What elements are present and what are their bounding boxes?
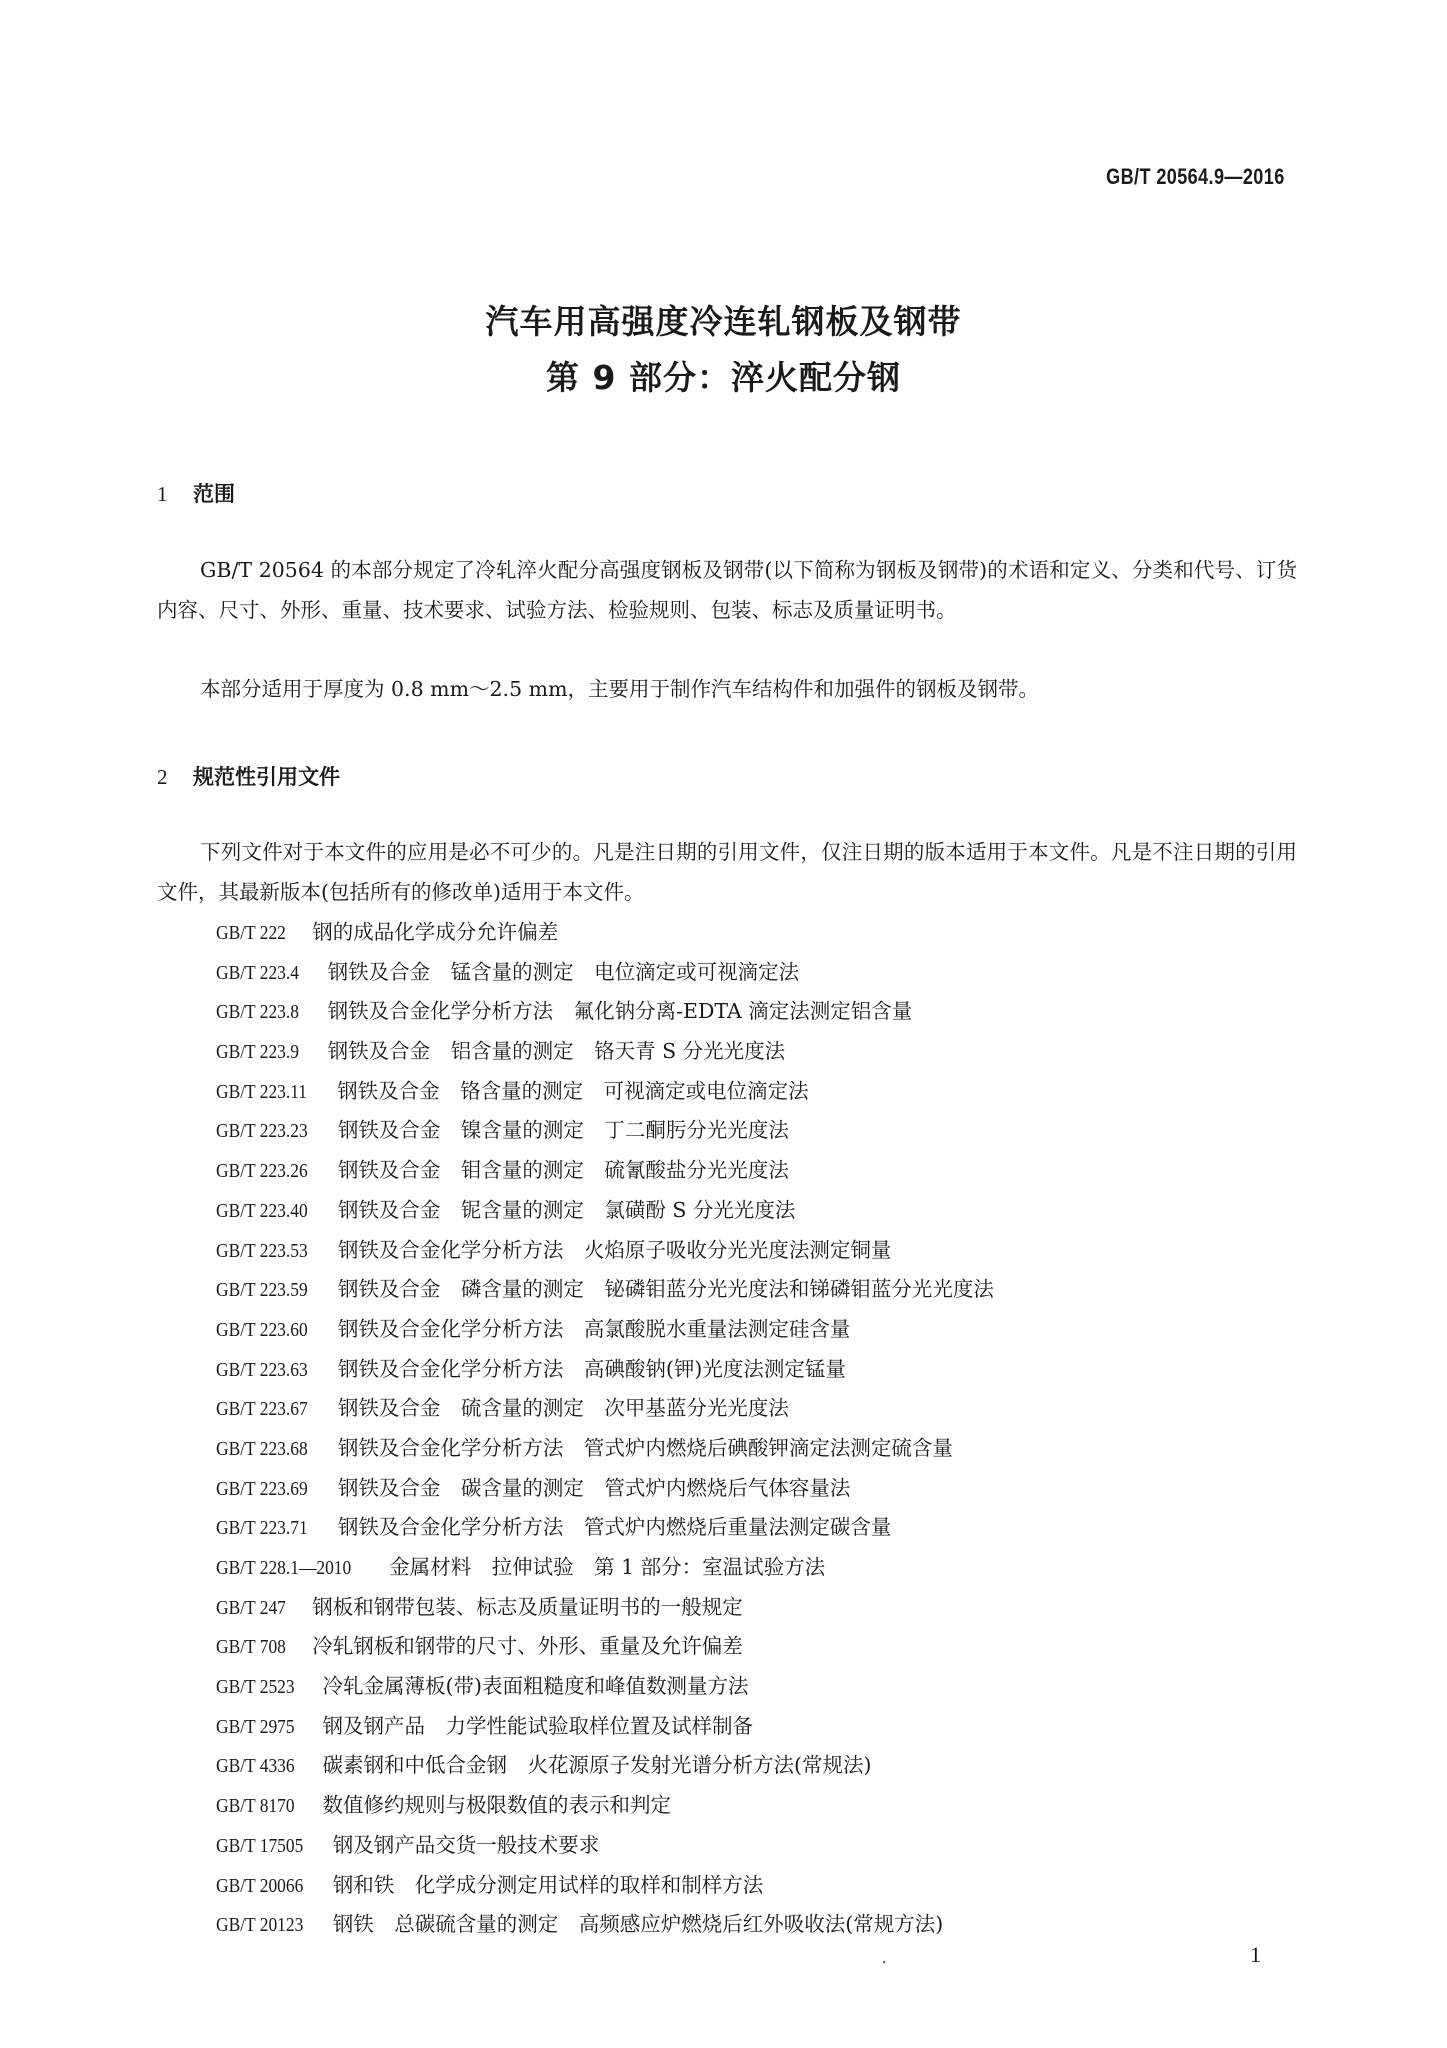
reference-title: 钢及钢产品交货一般技术要求: [333, 1833, 600, 1857]
reference-title: 钢铁及合金化学分析方法 高碘酸钠(钾)光度法测定锰量: [338, 1357, 846, 1381]
reference-item: GB/T 223.4钢铁及合金 锰含量的测定 电位滴定或可视滴定法: [216, 953, 994, 993]
reference-title: 冷轧金属薄板(带)表面粗糙度和峰值数测量方法: [322, 1674, 748, 1698]
section-title: 规范性引用文件: [193, 765, 340, 789]
reference-code: GB/T 223.68: [216, 1430, 308, 1470]
reference-item: GB/T 223.71钢铁及合金化学分析方法 管式炉内燃烧后重量法测定碳含量: [216, 1508, 994, 1548]
section-heading-normative-references: 2规范性引用文件: [157, 761, 340, 791]
reference-item: GB/T 223.8钢铁及合金化学分析方法 氟化钠分离-EDTA 滴定法测定铝含…: [216, 992, 994, 1032]
reference-item: GB/T 228.1—2010金属材料 拉伸试验 第 1 部分：室温试验方法: [216, 1548, 994, 1588]
reference-code: GB/T 223.67: [216, 1390, 308, 1430]
reference-title: 钢铁及合金 锰含量的测定 电位滴定或可视滴定法: [328, 960, 800, 984]
reference-title: 钢板和钢带包装、标志及质量证明书的一般规定: [312, 1595, 743, 1619]
reference-title: 钢铁及合金化学分析方法 高氯酸脱水重量法测定硅含量: [338, 1317, 851, 1341]
reference-title: 钢铁及合金 铌含量的测定 氯磺酚 S 分光光度法: [338, 1198, 796, 1222]
reference-code: GB/T 223.53: [216, 1232, 308, 1272]
reference-item: GB/T 17505钢及钢产品交货一般技术要求: [216, 1826, 994, 1866]
reference-title: 钢铁及合金化学分析方法 管式炉内燃烧后碘酸钾滴定法测定硫含量: [338, 1436, 953, 1460]
reference-list: GB/T 222钢的成品化学成分允许偏差GB/T 223.4钢铁及合金 锰含量的…: [216, 913, 994, 1945]
reference-code: GB/T 223.40: [216, 1192, 308, 1232]
document-page: GB/T 20564.9—2016 汽车用高强度冷连轧钢板及钢带 第 9 部分：…: [0, 0, 1447, 2048]
reference-code: GB/T 8170: [216, 1787, 295, 1827]
reference-title: 钢及钢产品 力学性能试验取样位置及试样制备: [322, 1714, 753, 1738]
paragraph-references-intro: 下列文件对于本文件的应用是必不可少的。凡是注日期的引用文件，仅注日期的版本适用于…: [157, 833, 1297, 912]
reference-title: 钢铁及合金化学分析方法 火焰原子吸收分光光度法测定铜量: [338, 1238, 892, 1262]
reference-item: GB/T 20123钢铁 总碳硫含量的测定 高频感应炉燃烧后红外吸收法(常规方法…: [216, 1905, 994, 1945]
reference-code: GB/T 223.23: [216, 1112, 308, 1152]
reference-code: GB/T 247: [216, 1589, 286, 1629]
reference-code: GB/T 223.11: [216, 1073, 307, 1113]
reference-item: GB/T 223.60钢铁及合金化学分析方法 高氯酸脱水重量法测定硅含量: [216, 1310, 994, 1350]
reference-item: GB/T 223.23钢铁及合金 镍含量的测定 丁二酮肟分光光度法: [216, 1111, 994, 1151]
reference-code: GB/T 223.69: [216, 1470, 308, 1510]
reference-item: GB/T 2975钢及钢产品 力学性能试验取样位置及试样制备: [216, 1707, 994, 1747]
reference-title: 钢的成品化学成分允许偏差: [312, 920, 558, 944]
page-number: 1: [1250, 1942, 1261, 1968]
section-number: 2: [157, 765, 193, 790]
footer-dot: ·: [882, 1955, 886, 1971]
reference-item: GB/T 2523冷轧金属薄板(带)表面粗糙度和峰值数测量方法: [216, 1667, 994, 1707]
reference-code: GB/T 2523: [216, 1668, 295, 1708]
reference-title: 钢铁及合金 碳含量的测定 管式炉内燃烧后气体容量法: [338, 1476, 851, 1500]
reference-title: 金属材料 拉伸试验 第 1 部分：室温试验方法: [389, 1555, 825, 1579]
reference-code: GB/T 17505: [216, 1827, 303, 1867]
reference-item: GB/T 247钢板和钢带包装、标志及质量证明书的一般规定: [216, 1588, 994, 1628]
reference-title: 钢铁及合金 磷含量的测定 铋磷钼蓝分光光度法和锑磷钼蓝分光光度法: [338, 1277, 994, 1301]
reference-code: GB/T 708: [216, 1628, 286, 1668]
reference-item: GB/T 223.40钢铁及合金 铌含量的测定 氯磺酚 S 分光光度法: [216, 1191, 994, 1231]
reference-title: 钢铁及合金 硫含量的测定 次甲基蓝分光光度法: [338, 1396, 789, 1420]
reference-code: GB/T 223.63: [216, 1351, 308, 1391]
reference-item: GB/T 708冷轧钢板和钢带的尺寸、外形、重量及允许偏差: [216, 1627, 994, 1667]
reference-code: GB/T 223.71: [216, 1509, 308, 1549]
reference-code: GB/T 228.1—2010: [216, 1549, 351, 1589]
reference-item: GB/T 223.9钢铁及合金 铝含量的测定 铬天青 S 分光光度法: [216, 1032, 994, 1072]
document-title: 汽车用高强度冷连轧钢板及钢带: [0, 296, 1447, 343]
reference-title: 钢铁 总碳硫含量的测定 高频感应炉燃烧后红外吸收法(常规方法): [333, 1912, 944, 1936]
reference-code: GB/T 20123: [216, 1906, 303, 1946]
document-subtitle: 第 9 部分：淬火配分钢: [0, 352, 1447, 399]
reference-code: GB/T 223.4: [216, 954, 299, 994]
reference-title: 冷轧钢板和钢带的尺寸、外形、重量及允许偏差: [312, 1634, 743, 1658]
reference-title: 钢铁及合金化学分析方法 氟化钠分离-EDTA 滴定法测定铝含量: [328, 999, 913, 1023]
reference-code: GB/T 223.9: [216, 1033, 299, 1073]
standard-code: GB/T 20564.9—2016: [1107, 164, 1285, 190]
reference-item: GB/T 223.68钢铁及合金化学分析方法 管式炉内燃烧后碘酸钾滴定法测定硫含…: [216, 1429, 994, 1469]
reference-code: GB/T 223.8: [216, 993, 299, 1033]
reference-code: GB/T 223.59: [216, 1271, 308, 1311]
reference-code: GB/T 2975: [216, 1708, 295, 1748]
reference-title: 钢铁及合金 钼含量的测定 硫氰酸盐分光光度法: [338, 1158, 789, 1182]
reference-item: GB/T 20066钢和铁 化学成分测定用试样的取样和制样方法: [216, 1866, 994, 1906]
reference-title: 钢和铁 化学成分测定用试样的取样和制样方法: [333, 1873, 764, 1897]
reference-title: 钢铁及合金 铬含量的测定 可视滴定或电位滴定法: [337, 1079, 809, 1103]
reference-code: GB/T 223.60: [216, 1311, 308, 1351]
reference-item: GB/T 4336碳素钢和中低合金钢 火花源原子发射光谱分析方法(常规法): [216, 1746, 994, 1786]
section-number: 1: [157, 482, 193, 507]
paragraph-scope-applicability: 本部分适用于厚度为 0.8 mm～2.5 mm，主要用于制作汽车结构件和加强件的…: [157, 670, 1297, 710]
reference-item: GB/T 223.69钢铁及合金 碳含量的测定 管式炉内燃烧后气体容量法: [216, 1469, 994, 1509]
reference-item: GB/T 223.67钢铁及合金 硫含量的测定 次甲基蓝分光光度法: [216, 1389, 994, 1429]
reference-title: 数值修约规则与极限数值的表示和判定: [322, 1793, 671, 1817]
reference-item: GB/T 223.53钢铁及合金化学分析方法 火焰原子吸收分光光度法测定铜量: [216, 1231, 994, 1271]
reference-code: GB/T 223.26: [216, 1152, 308, 1192]
reference-title: 钢铁及合金化学分析方法 管式炉内燃烧后重量法测定碳含量: [338, 1515, 892, 1539]
reference-item: GB/T 223.11钢铁及合金 铬含量的测定 可视滴定或电位滴定法: [216, 1072, 994, 1112]
reference-item: GB/T 223.59钢铁及合金 磷含量的测定 铋磷钼蓝分光光度法和锑磷钼蓝分光…: [216, 1270, 994, 1310]
reference-code: GB/T 4336: [216, 1747, 295, 1787]
reference-code: GB/T 222: [216, 914, 286, 954]
reference-item: GB/T 8170数值修约规则与极限数值的表示和判定: [216, 1786, 994, 1826]
reference-code: GB/T 20066: [216, 1867, 303, 1907]
reference-title: 钢铁及合金 铝含量的测定 铬天青 S 分光光度法: [328, 1039, 786, 1063]
reference-item: GB/T 222钢的成品化学成分允许偏差: [216, 913, 994, 953]
reference-title: 碳素钢和中低合金钢 火花源原子发射光谱分析方法(常规法): [322, 1753, 871, 1777]
reference-item: GB/T 223.26钢铁及合金 钼含量的测定 硫氰酸盐分光光度法: [216, 1151, 994, 1191]
reference-item: GB/T 223.63钢铁及合金化学分析方法 高碘酸钠(钾)光度法测定锰量: [216, 1350, 994, 1390]
section-heading-scope: 1范围: [157, 478, 235, 508]
reference-title: 钢铁及合金 镍含量的测定 丁二酮肟分光光度法: [338, 1118, 789, 1142]
paragraph-scope-definition: GB/T 20564 的本部分规定了冷轧淬火配分高强度钢板及钢带(以下简称为钢板…: [157, 551, 1297, 630]
section-title: 范围: [193, 482, 235, 506]
